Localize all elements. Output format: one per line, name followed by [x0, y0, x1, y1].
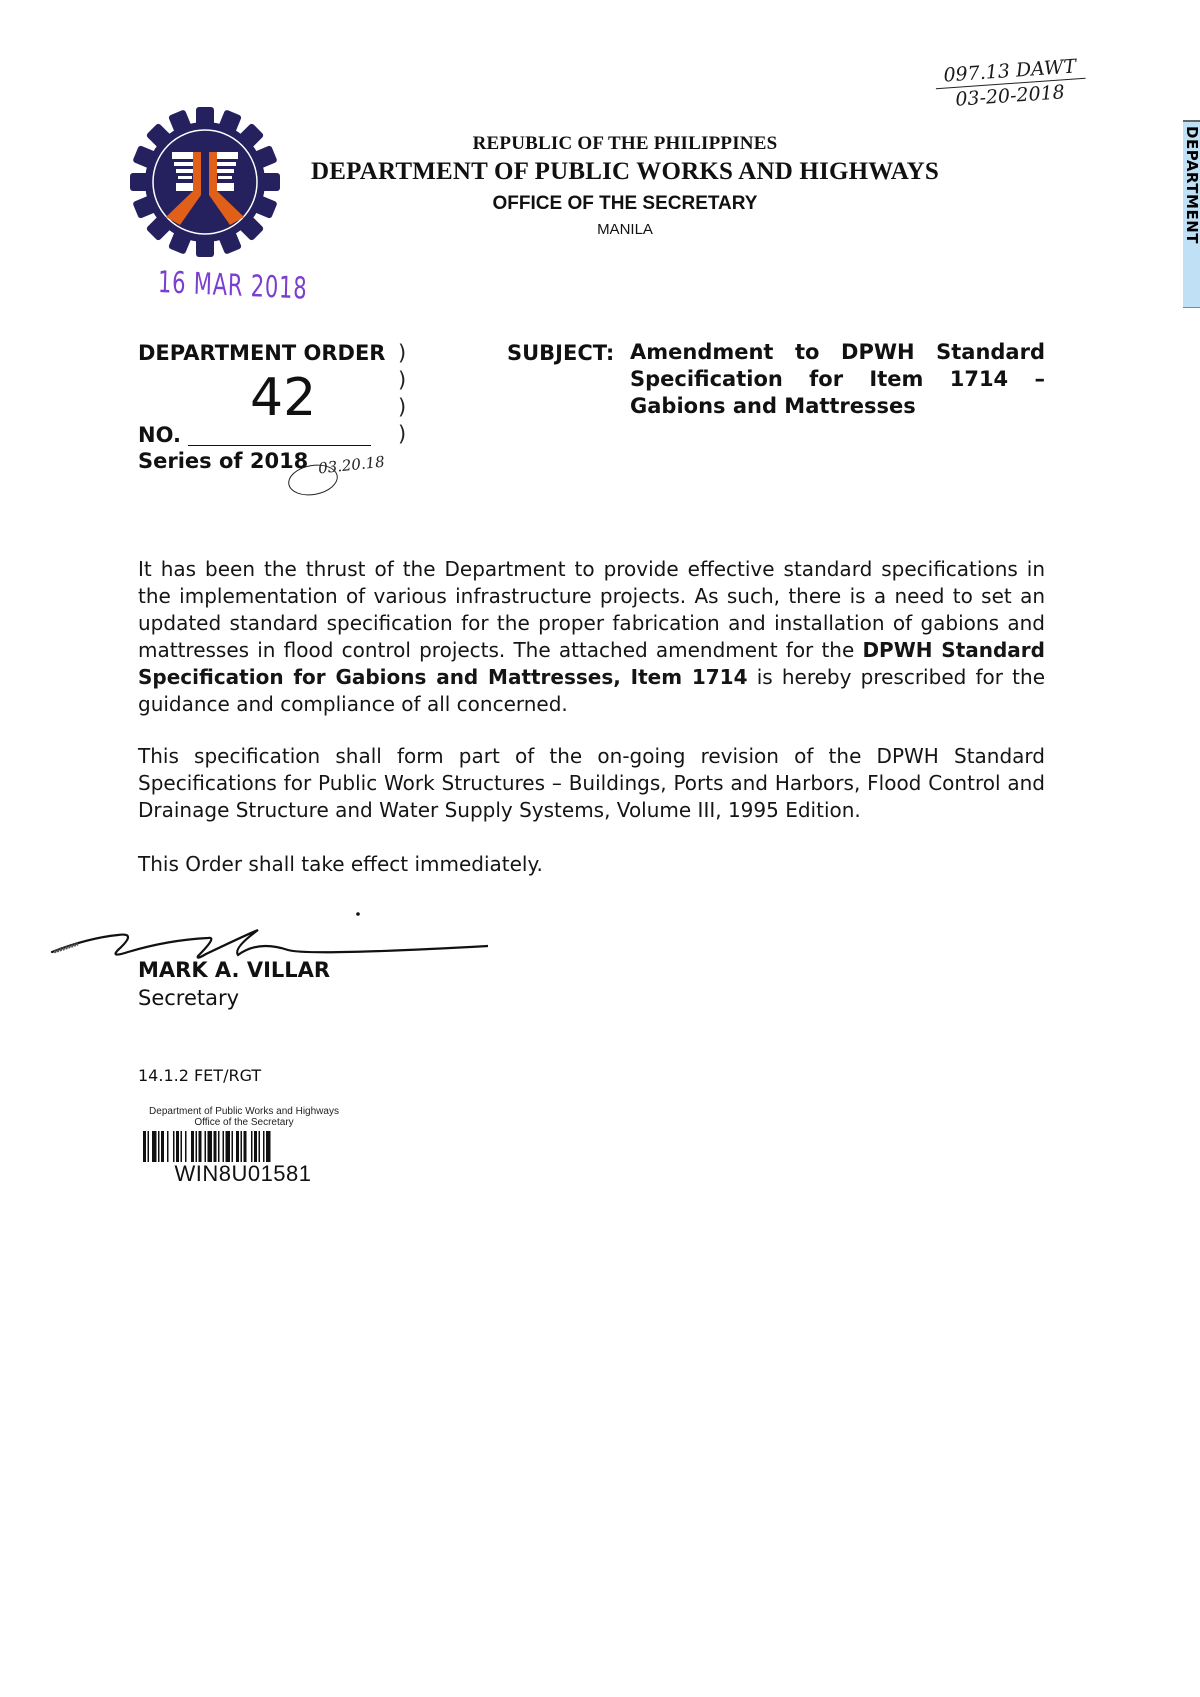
subject-line: Amendment to DPWH Standard [630, 339, 1045, 366]
order-no-label: NO. [138, 423, 181, 447]
barcode-org-line1: Department of Public Works and Highways [124, 1106, 364, 1117]
letterhead-city: MANILA [260, 221, 990, 238]
signatory-name: MARK A. VILLAR [138, 958, 330, 982]
bracket-paren: ) [398, 341, 406, 365]
barcode-icon [143, 1131, 343, 1162]
bracket-paren: ) [398, 395, 406, 419]
letterhead-office: OFFICE OF THE SECRETARY [260, 193, 990, 215]
department-order-label: DEPARTMENT ORDER [138, 341, 385, 365]
signatory-title: Secretary [138, 986, 239, 1010]
subject-line: Gabions and Mattresses [630, 393, 1045, 420]
body-paragraph-2: This specification shall form part of th… [138, 743, 1045, 824]
side-index-tab: DEPARTMENT [1183, 120, 1200, 308]
letterhead-department: DEPARTMENT OF PUBLIC WORKS AND HIGHWAYS [260, 158, 990, 186]
initials-date: 03.20.18 [317, 453, 385, 478]
barcode-org: Department of Public Works and Highways … [124, 1106, 364, 1128]
body-paragraph-3: This Order shall take effect immediately… [138, 851, 1045, 878]
received-date-stamp: 16 MAR 2018 [158, 265, 308, 307]
barcode-org-line2: Office of the Secretary [124, 1117, 364, 1128]
dpwh-gear-seal-icon [130, 107, 280, 257]
reference-code: 14.1.2 FET/RGT [138, 1066, 261, 1085]
order-series: Series of 2018 [138, 449, 308, 473]
body-paragraph-1: It has been the thrust of the Department… [138, 556, 1045, 718]
subject-text: Amendment to DPWH Standard Specification… [630, 339, 1045, 420]
barcode-number: WIN8U01581 [143, 1161, 343, 1187]
subject-label: SUBJECT: [507, 341, 614, 365]
letterhead-republic: REPUBLIC OF THE PHILIPPINES [260, 133, 990, 155]
order-number: 42 [250, 368, 316, 428]
subject-line: Specification for Item 1714 – [630, 366, 1045, 393]
side-tab-label: DEPARTMENT [1183, 122, 1200, 311]
order-number-line [188, 445, 371, 446]
bracket-paren: ) [398, 422, 406, 446]
bracket-paren: ) [398, 368, 406, 392]
handwritten-filing-note: 097.13 DAWT 03-20-2018 [935, 62, 1085, 106]
